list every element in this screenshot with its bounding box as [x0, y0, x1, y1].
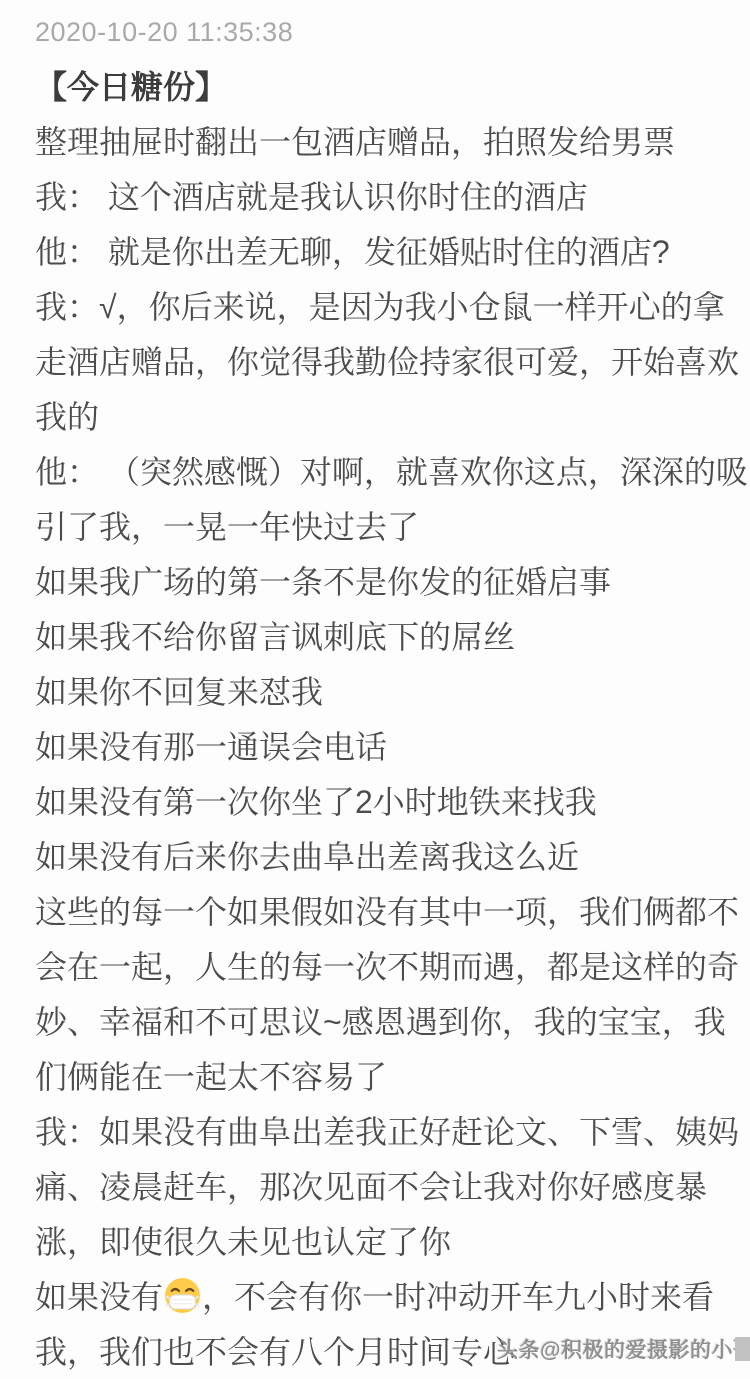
- post-content: 2020-10-20 11:35:38 【今日糖份】 整理抽屉时翻出一包酒店赠品…: [0, 0, 750, 1379]
- text-line: 会在一起，人生的每一次不期而遇，都是这样的奇: [35, 940, 730, 995]
- text-line: 如果我广场的第一条不是你发的征婚启事: [35, 555, 730, 610]
- text-line: 如果没有后来你去曲阜出差离我这么近: [35, 830, 730, 885]
- text-line: 我：√，你后来说，是因为我小仓鼠一样开心的拿: [35, 280, 730, 335]
- text-line: 引了我，一晃一年快过去了: [35, 500, 730, 555]
- text-line: 整理抽屉时翻出一包酒店赠品，拍照发给男票: [35, 115, 730, 170]
- text-line: 我：如果没有曲阜出差我正好赶论文、下雪、姨妈: [35, 1105, 730, 1160]
- text-line: 如果没有第一次你坐了2小时地铁来找我: [35, 775, 730, 830]
- text-line: 痛、凌晨赶车，那次见面不会让我对你好感度暴: [35, 1160, 730, 1215]
- text-line: 如果没有那一通误会电话: [35, 720, 730, 775]
- post-body: 整理抽屉时翻出一包酒店赠品，拍照发给男票我： 这个酒店就是我认识你时住的酒店他：…: [35, 115, 730, 1379]
- watermark: 头条@积极的爱摄影的小哥: [497, 1334, 750, 1364]
- text-line: 我： 这个酒店就是我认识你时住的酒店: [35, 170, 730, 225]
- text-line: 如果没有，不会有你一时冲动开车九小时来看: [35, 1270, 730, 1325]
- article-page: 2020-10-20 11:35:38 【今日糖份】 整理抽屉时翻出一包酒店赠品…: [0, 0, 750, 1379]
- post-title: 【今日糖份】: [35, 60, 730, 115]
- corner-gray-block: [735, 1337, 750, 1361]
- text-line: 妙、幸福和不可思议~感恩遇到你，我的宝宝，我: [35, 995, 730, 1050]
- mask-emoji-icon: [164, 1277, 201, 1314]
- text-line: 如果我不给你留言讽刺底下的屌丝: [35, 610, 730, 665]
- text-line: 涨，即使很久未见也认定了你: [35, 1215, 730, 1270]
- text-line: 走酒店赠品，你觉得我勤俭持家很可爱，开始喜欢: [35, 335, 730, 390]
- watermark-text: 头条@积极的爱摄影的小哥: [497, 1339, 750, 1362]
- text-line: 他： （突然感慨）对啊，就喜欢你这点，深深的吸: [35, 445, 730, 500]
- post-timestamp: 2020-10-20 11:35:38: [35, 14, 730, 50]
- text-line: 我的: [35, 390, 730, 445]
- text-line: 他： 就是你出差无聊，发征婚贴时住的酒店?: [35, 225, 730, 280]
- text-line: 们俩能在一起太不容易了: [35, 1050, 730, 1105]
- text-line: 这些的每一个如果假如没有其中一项，我们俩都不: [35, 885, 730, 940]
- text-line: 如果你不回复来怼我: [35, 665, 730, 720]
